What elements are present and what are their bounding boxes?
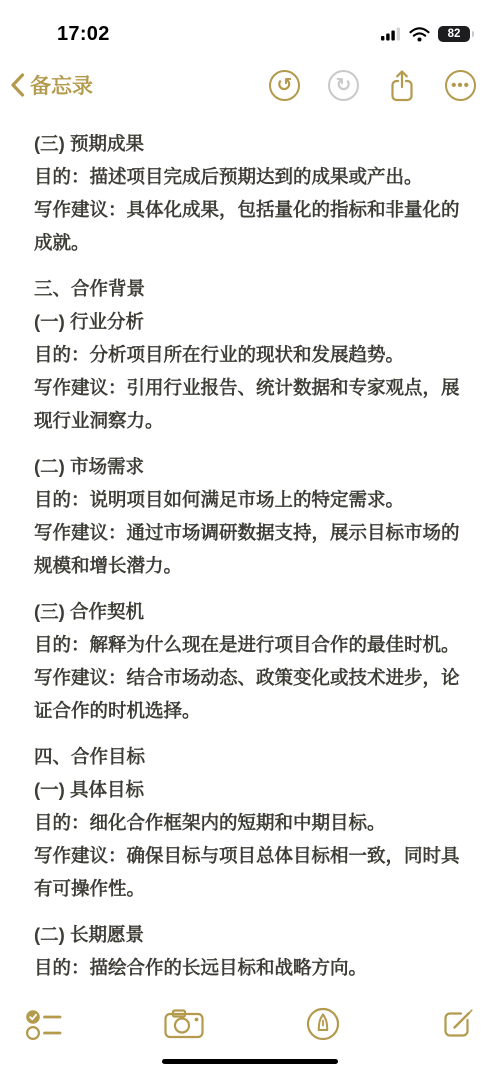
note-line: 写作建议：通过市场调研数据支持，展示目标市场的规模和增长潜力。 (34, 516, 466, 582)
status-bar: 17:02 82 (0, 0, 500, 56)
note-block: (二) 市场需求目的：说明项目如何满足市场上的特定需求。写作建议：通过市场调研数… (34, 450, 466, 582)
note-line: 写作建议：确保目标与项目总体目标相一致，同时具有可操作性。 (34, 839, 466, 905)
status-time: 17:02 (57, 23, 110, 46)
notes-app-screen: 17:02 82 备忘录 (0, 0, 500, 1070)
note-line: 写作建议：具体化成果，包括量化的指标和非量化的成就。 (34, 193, 466, 259)
note-line: (二) 市场需求 (34, 450, 466, 483)
note-line: (三) 预期成果 (34, 127, 466, 160)
note-line: 三、合作背景 (34, 272, 466, 305)
note-line: 写作建议：引用行业报告、统计数据和专家观点，展现行业洞察力。 (34, 371, 466, 437)
compose-icon[interactable] (440, 1006, 476, 1042)
cellular-signal-icon (381, 27, 401, 41)
note-line: (二) 长期愿景 (34, 918, 466, 951)
note-line: (三) 合作契机 (34, 595, 466, 628)
nav-bar: 备忘录 ↺ ↻ ••• (0, 56, 500, 114)
status-icons: 82 (381, 26, 470, 42)
note-body[interactable]: (三) 预期成果目的：描述项目完成后预期达到的成果或产出。写作建议：具体化成果，… (0, 114, 500, 984)
note-line: 目的：描述项目完成后预期达到的成果或产出。 (34, 160, 466, 193)
back-button[interactable]: 备忘录 (10, 70, 93, 100)
note-block: (三) 合作契机目的：解释为什么现在是进行项目合作的最佳时机。写作建议：结合市场… (34, 595, 466, 727)
note-line: 目的：说明项目如何满足市场上的特定需求。 (34, 483, 466, 516)
note-block: 四、合作目标(一) 具体目标目的：细化合作框架内的短期和中期目标。写作建议：确保… (34, 740, 466, 905)
battery-percent: 82 (448, 28, 461, 40)
battery-icon: 82 (438, 26, 470, 42)
camera-icon[interactable] (163, 1007, 205, 1041)
home-indicator[interactable] (162, 1059, 338, 1064)
wifi-icon (409, 27, 430, 42)
note-line: 目的：分析项目所在行业的现状和发展趋势。 (34, 338, 466, 371)
nav-actions: ↺ ↻ ••• (269, 68, 476, 103)
markup-pen-icon[interactable] (305, 1006, 341, 1042)
battery-cap (472, 31, 475, 37)
bottom-toolbar (0, 1004, 500, 1044)
note-line: (一) 行业分析 (34, 305, 466, 338)
note-block: 三、合作背景(一) 行业分析目的：分析项目所在行业的现状和发展趋势。写作建议：引… (34, 272, 466, 437)
note-block: (二) 长期愿景目的：描绘合作的长远目标和战略方向。 (34, 918, 466, 984)
checklist-icon[interactable] (24, 1006, 64, 1042)
note-line: (一) 具体目标 (34, 773, 466, 806)
back-label: 备忘录 (30, 70, 93, 100)
share-icon[interactable] (387, 68, 417, 103)
more-circle-icon[interactable]: ••• (445, 70, 476, 101)
note-line: 目的：描绘合作的长远目标和战略方向。 (34, 951, 466, 984)
note-block: (三) 预期成果目的：描述项目完成后预期达到的成果或产出。写作建议：具体化成果，… (34, 127, 466, 259)
undo-icon[interactable]: ↺ (269, 70, 300, 101)
chevron-left-icon (10, 73, 25, 97)
note-line: 写作建议：结合市场动态、政策变化或技术进步，论证合作的时机选择。 (34, 661, 466, 727)
redo-icon[interactable]: ↻ (328, 70, 359, 101)
note-line: 四、合作目标 (34, 740, 466, 773)
note-line: 目的：细化合作框架内的短期和中期目标。 (34, 806, 466, 839)
note-line: 目的：解释为什么现在是进行项目合作的最佳时机。 (34, 628, 466, 661)
